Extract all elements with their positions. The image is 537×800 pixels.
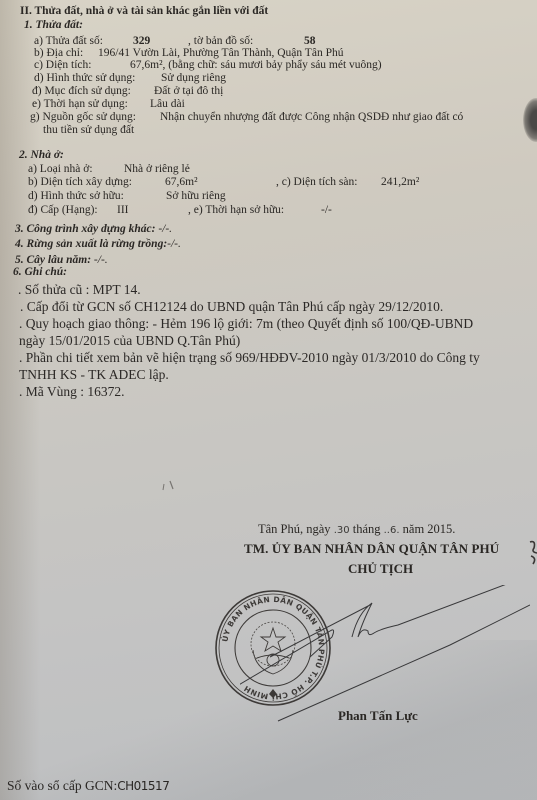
origin-value-line1: Nhận chuyển nhượng đất được Công nhận QS… [160,111,463,124]
note-line: . Cấp đổi từ GCN số CH12124 do UBND quận… [20,299,443,315]
sign-organization: TM. ỦY BAN NHÂN DÂN QUẬN TÂN PHÚ [244,541,499,557]
ownership-label: d) Hình thức sở hữu: [28,190,124,203]
built-area-value: 67,6m² [165,176,198,189]
note-line: . Số thửa cũ : MPT 14. [18,282,141,298]
grade-value: III [117,204,129,217]
sign-title: CHỦ TỊCH [348,561,413,577]
note-line: . Quy hoạch giao thông: - Hẻm 196 lộ giớ… [19,316,473,332]
month-label: tháng [353,522,381,536]
place-prefix: Tân Phú, ngày [258,522,331,536]
registration-value: CH01517 [117,779,169,793]
land-heading: 1. Thửa đất: [24,19,83,31]
note-line: . Phần chi tiết xem bản vẽ hiện trạng số… [19,350,480,366]
house-type-value: Nhà ở riêng lẻ [124,163,190,176]
section-heading: II. Thửa đất, nhà ở và tài sản khác gắn … [20,5,268,17]
built-area-label: b) Diện tích xây dựng: [28,176,132,189]
note-line: ngày 15/01/2015 của UBND Q.Tân Phú) [19,333,240,349]
own-term-value: -/- [321,204,332,217]
floor-area-label: , c) Diện tích sàn: [276,176,357,189]
pen-mark-icon [160,478,180,494]
use-form-value: Sử dụng riêng [161,72,226,85]
house-heading: 2. Nhà ở: [19,149,64,161]
signature-icon [240,585,530,725]
purpose-value: Đất ở tại đô thị [154,85,223,98]
area-label: c) Diện tích: [34,59,91,72]
year-label: năm [403,522,425,536]
term-value: Lâu dài [150,98,185,111]
sign-date: Tân Phú, ngày .30 tháng ..6. năm2015. [258,522,455,537]
origin-label: g) Nguồn gốc sử dụng: [30,111,136,124]
floor-area-value: 241,2m² [381,176,419,189]
note-line: . Mã Vùng : 16372. [19,384,125,400]
use-form-label: d) Hình thức sử dụng: [34,72,135,85]
purpose-label: đ) Mục đích sử dụng: [32,85,131,98]
finger-shadow [523,98,537,142]
notes-heading: 6. Ghi chú: [13,266,67,278]
registration-number: Số vào sổ cấp GCN:CH01517 [7,778,169,794]
grade-label: đ) Cấp (Hạng): [28,204,98,217]
ownership-value: Sở hữu riêng [166,190,226,203]
area-value: 67,6m², (bằng chữ: sáu mươi bảy phẩy sáu… [130,59,382,72]
house-type-label: a) Loại nhà ở: [28,163,93,176]
month-value: ..6. [384,525,400,536]
production-forest-label: 4. Rừng sản xuất là rừng trồng: [15,238,167,250]
note-line: TNHH KS - TK ADEC lập. [19,367,169,383]
registration-label: Số vào sổ cấp GCN: [7,778,117,793]
parcel-label: a) Thửa đất số: [34,35,103,47]
term-label: e) Thời hạn sử dụng: [32,98,128,111]
day-value: .30 [334,525,350,536]
perennial-trees-value: -/-. [91,254,108,266]
perennial-trees-label: 5. Cây lâu năm: [15,254,91,266]
margin-handwriting-icon [528,538,537,566]
own-term-label: , e) Thời hạn sở hữu: [188,204,284,217]
year-value: 2015. [427,522,455,536]
origin-value-line2: thu tiền sử dụng đất [43,124,134,137]
production-forest-value: -/-. [167,238,181,250]
signer-name: Phan Tấn Lực [338,708,418,724]
